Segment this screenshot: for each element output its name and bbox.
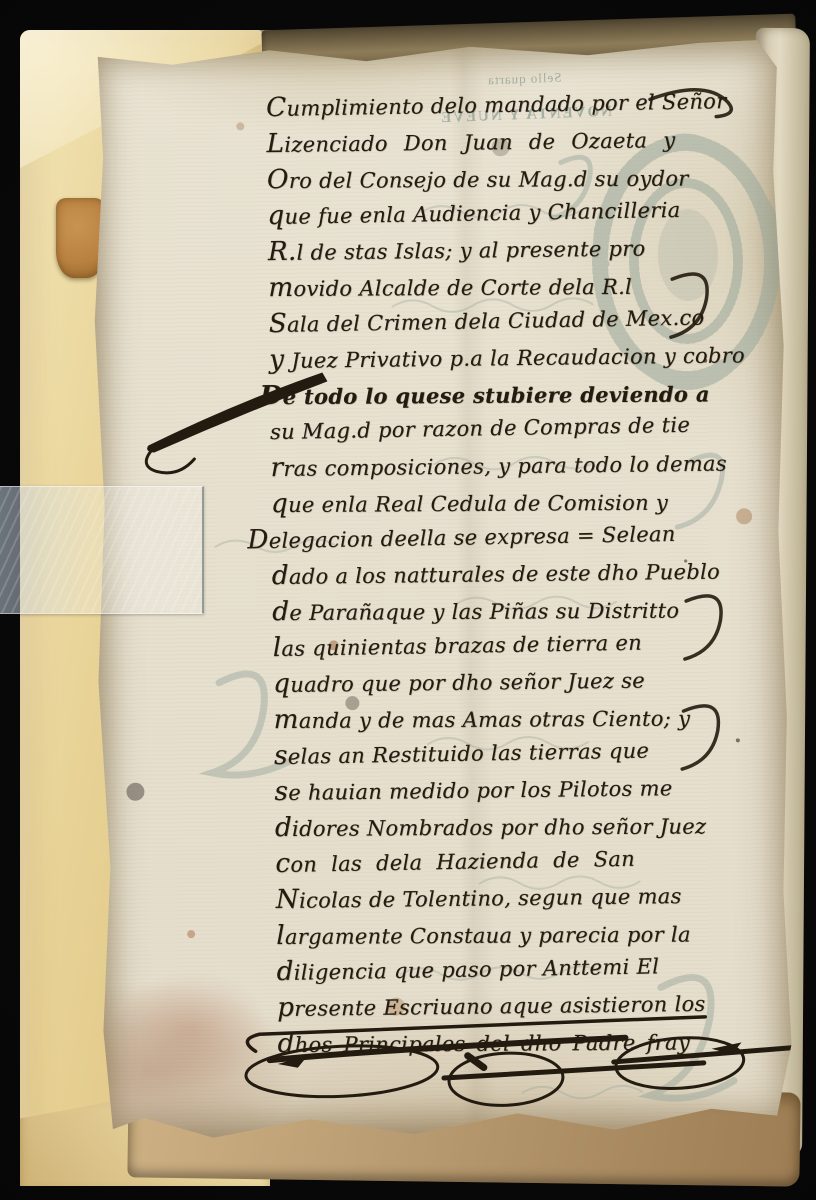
margin-pen-slash [145,372,328,473]
line-end-swashes [650,89,739,769]
line-filler-ovals [245,1033,793,1110]
photographed-manuscript-scene: Sello quarta NOVENTA Y NUEVE Cumplimient… [0,0,816,1200]
conservation-tape-strip [0,486,204,614]
